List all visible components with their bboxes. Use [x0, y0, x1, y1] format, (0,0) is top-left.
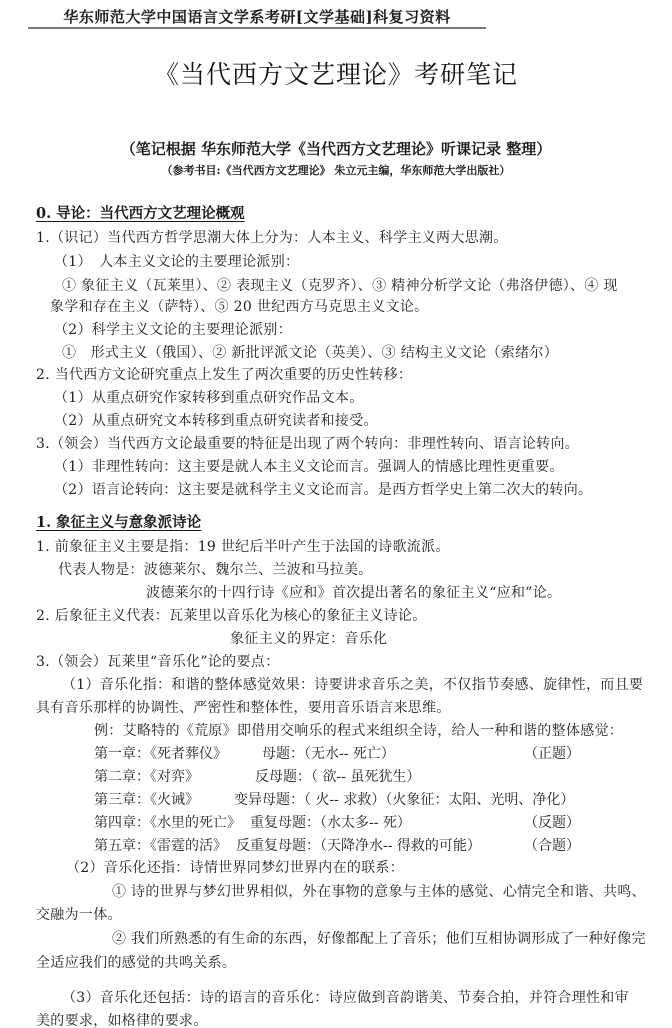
list-item: 象征主义的界定：音乐化	[230, 629, 387, 649]
list-item: 3.（领会）当代西方文论最重要的特征是出现了两个转向：非理性转向、语言论转向。	[36, 434, 579, 454]
list-item: ① 诗的世界与梦幻世界相似，外在事物的意象与主体的感觉、心情完全和谐、共鸣、	[112, 882, 646, 902]
chapter-title: 第三章：《火诫》	[94, 790, 199, 810]
subtitle: （笔记根据 华东师范大学《当代西方文艺理论》听课记录 整理）	[0, 138, 672, 159]
chapter-title: 第一章：《死者葬仪》	[94, 744, 227, 764]
chapter-title: 第二章：《对弈》	[94, 767, 199, 787]
list-item: （1） 人本主义文论的主要理论派别：	[54, 252, 299, 272]
list-item: 美的要求，如格律的要求。	[36, 1011, 208, 1028]
list-item: 全适应我们的感觉的共鸣关系。	[36, 953, 236, 973]
list-item: （1）非理性转向：这主要是就人本主义文论而言。强调人的情感比理性更重要。	[54, 457, 564, 477]
list-item: 象学和存在主义（萨特）、⑤ 20 世纪西方马克思主义文论。	[50, 297, 428, 317]
list-item: 1.（识记）当代西方哲学思潮大体上分为：人本主义、科学主义两大思潮。	[36, 228, 508, 248]
list-item: （2）音乐化还指：诗情世界同梦幻世界内在的联系：	[66, 858, 404, 878]
chapter-motif: 重复母题：（水太多-- 死）	[250, 813, 411, 833]
header-divider	[28, 27, 486, 29]
chapter-motif: 反重复母题：（天降净水-- 得救的可能）	[236, 836, 481, 856]
list-item: （3）音乐化还包括：诗的语言的音乐化：诗应做到音韵谐美、节奏合拍，并符合理性和审	[62, 988, 629, 1008]
list-item: 例：艾略特的《荒原》即借用交响乐的程式来组织全诗，给人一种和谐的整体感觉：	[94, 721, 623, 741]
list-item: 3.（领会）瓦莱里“音乐化”论的要点：	[36, 652, 279, 672]
list-item: 波德莱尔的十四行诗《应和》首次提出著名的象征主义“应和”论。	[146, 583, 561, 603]
page-title: 《当代西方文艺理论》考研笔记	[0, 55, 672, 91]
list-item: 1. 前象征主义主要是指：19 世纪后半叶产生于法国的诗歌流派。	[36, 537, 450, 557]
section-heading: 0. 导论：当代西方文艺理论概观	[36, 204, 245, 224]
list-item: （2）语言论转向：这主要是就科学主义文论而言。是西方哲学史上第二次大的转向。	[54, 480, 592, 500]
reference-books: （参考书目:《当代西方文艺理论》 朱立元主编，华东师范大学出版社）	[0, 162, 672, 178]
list-item: 2. 后象征主义代表：瓦莱里以音乐化为核心的象征主义诗论。	[36, 606, 427, 626]
chapter-note: （正题）	[524, 744, 580, 764]
list-item: ① 形式主义（俄国）、② 新批评派文论（英美）、③ 结构主义文论（索绪尔）	[62, 343, 558, 363]
list-item: （2）科学主义文论的主要理论派别：	[54, 320, 292, 340]
list-item: 交融为一体。	[36, 905, 122, 925]
list-item: 2. 当代西方文论研究重点上发生了两次重要的历史性转移：	[36, 365, 412, 385]
list-item: （1）从重点研究作家转移到重点研究作品文本。	[54, 388, 364, 408]
chapter-motif: 变异母题：（ 火-- 求救）（火象征：太阳、光明、净化）	[234, 790, 574, 810]
chapter-motif: 反母题：（ 欲-- 虽死犹生）	[255, 767, 420, 787]
chapter-title: 第四章：《水里的死亡》	[94, 813, 241, 833]
chapter-title: 第五章：《雷霆的活》	[94, 836, 227, 856]
list-item: ② 我们所熟悉的有生命的东西，好像都配上了音乐；他们互相协调形成了一种好像完	[112, 929, 646, 949]
section-heading: 1. 象征主义与意象派诗论	[36, 513, 201, 533]
list-item: 具有音乐那样的协调性、严密性和整体性，要用音乐语言来思维。	[36, 698, 451, 718]
list-item: （2）从重点研究文本转移到重点研究读者和接受。	[54, 411, 378, 431]
list-item: ① 象征主义（瓦莱里）、② 表现主义（克罗齐）、③ 精神分析学文论（弗洛伊德）、…	[62, 276, 618, 296]
chapter-motif: 母题：（无水-- 死亡）	[262, 744, 395, 764]
list-item: 代表人物是：波德莱尔、魏尔兰、兰波和马拉美。	[58, 560, 373, 580]
chapter-note: （反题）	[524, 813, 580, 833]
chapter-note: （合题）	[524, 836, 580, 856]
list-item: （1）音乐化指：和谐的整体感觉效果：诗要讲求音乐之美，不仅指节奏感、旋律性，而且…	[62, 675, 643, 695]
